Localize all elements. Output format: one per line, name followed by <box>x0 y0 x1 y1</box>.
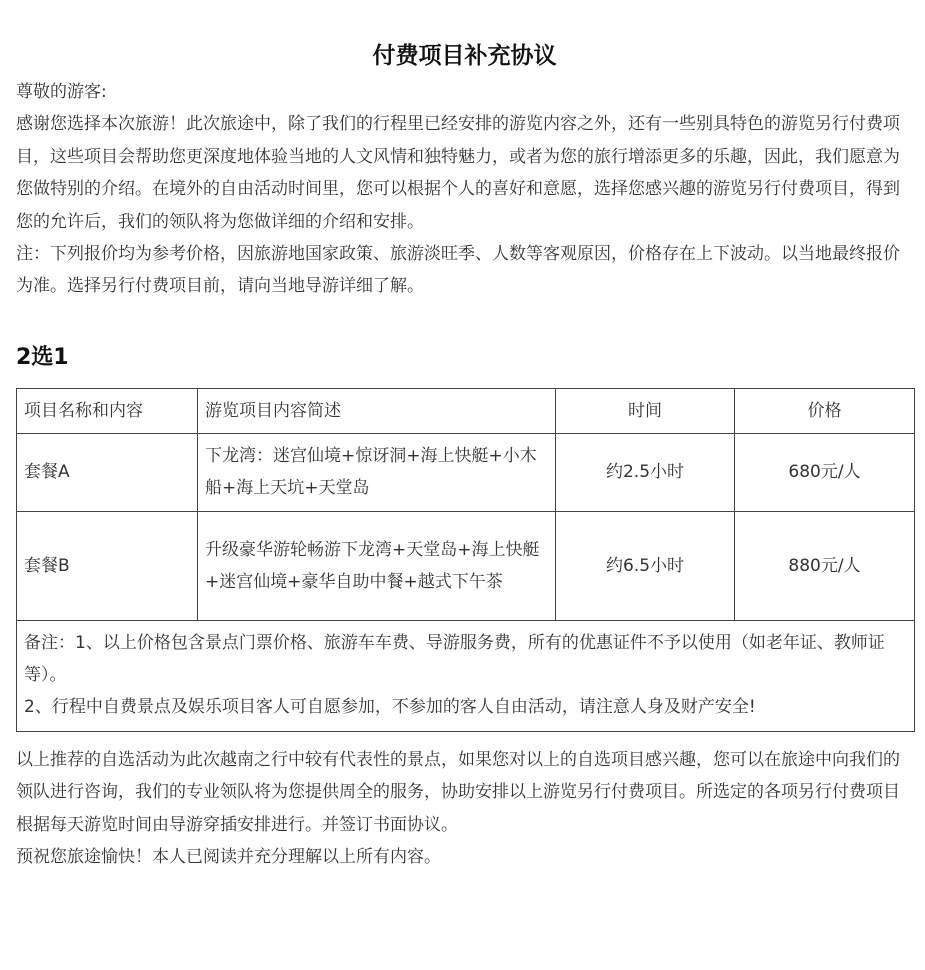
table-row: 套餐B 升级豪华游轮畅游下龙湾+天堂岛+海上快艇+迷宫仙境+豪华自助中餐+越式下… <box>17 511 915 620</box>
header-price: 价格 <box>735 388 915 433</box>
document-title: 付费项目补充协议 <box>16 0 913 72</box>
header-name: 项目名称和内容 <box>17 388 198 433</box>
package-duration: 约2.5小时 <box>556 433 735 511</box>
table-row: 套餐A 下龙湾：迷宫仙境+惊讶洞+海上快艇+小木船+海上天坑+天堂岛 约2.5小… <box>17 433 915 511</box>
agreement-document: 付费项目补充协议 尊敬的游客: 感谢您选择本次旅游！此次旅途中，除了我们的行程里… <box>0 0 925 873</box>
header-description: 游览项目内容简述 <box>198 388 556 433</box>
intro-paragraph: 感谢您选择本次旅游！此次旅途中，除了我们的行程里已经安排的游览内容之外，还有一些… <box>16 108 913 238</box>
remarks-cell: 备注：1、以上价格包含景点门票价格、旅游车车费、导游服务费，所有的优惠证件不予以… <box>17 620 915 731</box>
package-description: 升级豪华游轮畅游下龙湾+天堂岛+海上快艇+迷宫仙境+豪华自助中餐+越式下午茶 <box>198 511 556 620</box>
section-title: 2选1 <box>16 342 913 374</box>
package-price: 880元/人 <box>735 511 915 620</box>
package-name: 套餐A <box>17 433 198 511</box>
package-name: 套餐B <box>17 511 198 620</box>
closing-paragraph: 以上推荐的自选活动为此次越南之行中较有代表性的景点，如果您对以上的自选项目感兴趣… <box>16 744 913 841</box>
price-note: 注：下列报价均为参考价格，因旅游地国家政策、旅游淡旺季、人数等客观原因，价格存在… <box>16 238 913 303</box>
remark-2: 2、行程中自费景点及娱乐项目客人可自愿参加，不参加的客人自由活动，请注意人身及财… <box>24 691 907 723</box>
package-price: 680元/人 <box>735 433 915 511</box>
header-duration: 时间 <box>556 388 735 433</box>
package-table: 项目名称和内容 游览项目内容简述 时间 价格 套餐A 下龙湾：迷宫仙境+惊讶洞+… <box>16 388 915 732</box>
table-remarks-row: 备注：1、以上价格包含景点门票价格、旅游车车费、导游服务费，所有的优惠证件不予以… <box>17 620 915 731</box>
package-description: 下龙湾：迷宫仙境+惊讶洞+海上快艇+小木船+海上天坑+天堂岛 <box>198 433 556 511</box>
remark-1: 备注：1、以上价格包含景点门票价格、旅游车车费、导游服务费，所有的优惠证件不予以… <box>24 627 907 691</box>
farewell-line: 预祝您旅途愉快！本人已阅读并充分理解以上所有内容。 <box>16 841 913 873</box>
greeting: 尊敬的游客: <box>16 76 913 108</box>
package-duration: 约6.5小时 <box>556 511 735 620</box>
table-header-row: 项目名称和内容 游览项目内容简述 时间 价格 <box>17 388 915 433</box>
